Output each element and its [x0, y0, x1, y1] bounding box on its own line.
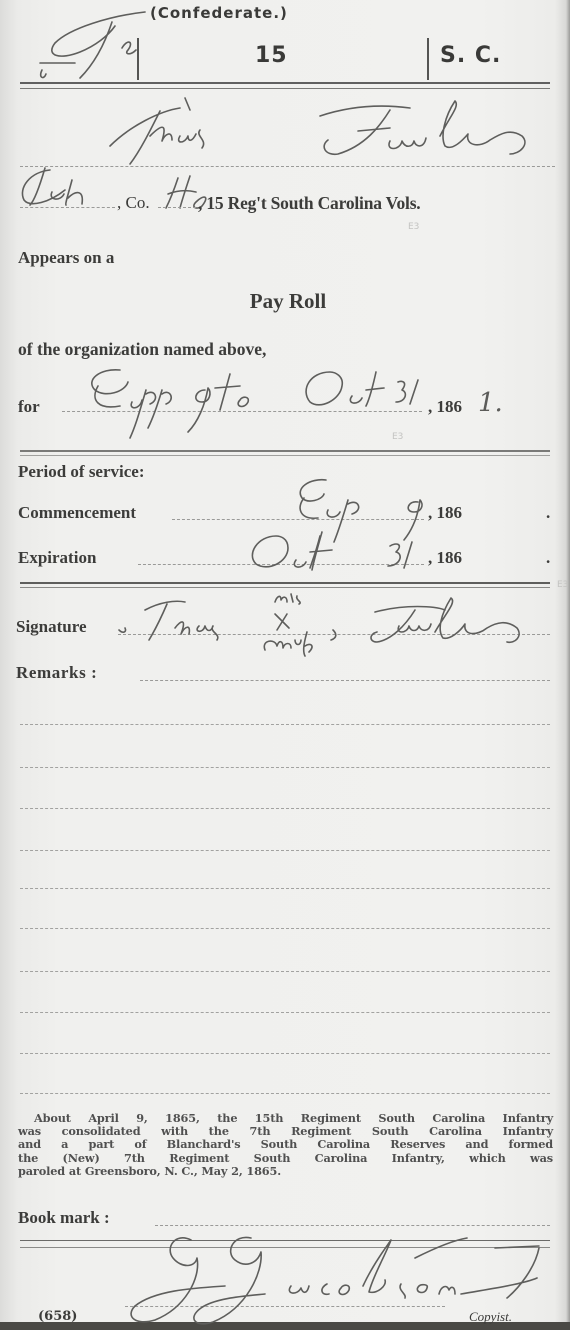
remarks-line — [20, 1012, 550, 1013]
signature-label: Signature — [16, 617, 87, 637]
handwritten-initial-fo — [30, 8, 160, 83]
section-rule-2 — [20, 455, 550, 456]
commencement-year: , 186 — [428, 503, 462, 523]
unit-text: , 15 Reg't South Carolina Vols. — [198, 193, 420, 214]
handwritten-signature — [115, 590, 555, 670]
organization-text: of the organization named above, — [18, 339, 266, 360]
copyist-label: Copyist. — [469, 1309, 512, 1325]
remarks-line — [20, 767, 550, 768]
remarks-line — [20, 808, 550, 809]
remarks-line — [20, 1093, 550, 1094]
company-label: , Co. — [117, 193, 150, 213]
header-rule-1 — [20, 82, 550, 84]
commencement-label: Commencement — [18, 503, 136, 523]
rank-line — [20, 207, 115, 208]
company-line — [158, 207, 196, 208]
remarks-label: Remarks : — [16, 663, 97, 683]
remarks-line — [20, 724, 550, 725]
book-mark-line — [155, 1225, 550, 1226]
scan-marker: E3 — [408, 222, 419, 232]
expiration-year: , 186 — [428, 548, 462, 568]
scan-marker: E3 — [392, 432, 403, 442]
footnote-line: and a part of Blanchard's South Carolina… — [18, 1138, 553, 1151]
header-divider-left — [137, 38, 139, 80]
section-rule-4 — [20, 587, 550, 588]
section-rule-1 — [20, 450, 550, 452]
remarks-line — [20, 971, 550, 972]
remarks-line — [20, 1053, 550, 1054]
handwritten-name — [90, 96, 570, 176]
period-of-service-label: Period of service: — [18, 462, 145, 482]
remarks-line — [140, 680, 550, 681]
form-number: (658) — [38, 1309, 77, 1324]
confederate-subtitle: (Confederate.) — [150, 4, 288, 22]
book-mark-label: Book mark : — [18, 1208, 110, 1228]
footnote-line: paroled at Greensboro, N. C., May 2, 186… — [18, 1165, 553, 1178]
header-rule-2 — [20, 88, 550, 89]
scan-marker: E3 — [557, 580, 568, 590]
for-label: for — [18, 397, 40, 417]
appears-on-text: Appears on a — [18, 248, 114, 268]
handwritten-expiration — [240, 530, 440, 580]
historical-footnote: About April 9, 1865, the 15th Regiment S… — [18, 1112, 553, 1178]
remarks-line — [20, 850, 550, 851]
for-year-prefix: , 186 — [428, 397, 462, 417]
remarks-line — [20, 928, 550, 929]
regiment-number: 15 — [255, 43, 288, 68]
handwritten-for-dates — [80, 360, 440, 440]
footnote-line: the (New) 7th Regiment South Carolina In… — [18, 1152, 553, 1165]
handwritten-rank — [10, 160, 130, 210]
remarks-line — [20, 888, 550, 889]
for-year-suffix: 1. — [478, 388, 503, 418]
commencement-end: . — [546, 503, 550, 523]
service-record-card: (Confederate.) 15 S. C. , Co. , 15 Reg't… — [0, 0, 570, 1322]
expiration-label: Expiration — [18, 548, 96, 568]
header-divider-right — [427, 38, 429, 80]
section-rule-3 — [20, 582, 550, 584]
roll-title: Pay Roll — [0, 289, 570, 314]
expiration-end: . — [546, 548, 550, 568]
state-abbrev: S. C. — [440, 43, 501, 68]
